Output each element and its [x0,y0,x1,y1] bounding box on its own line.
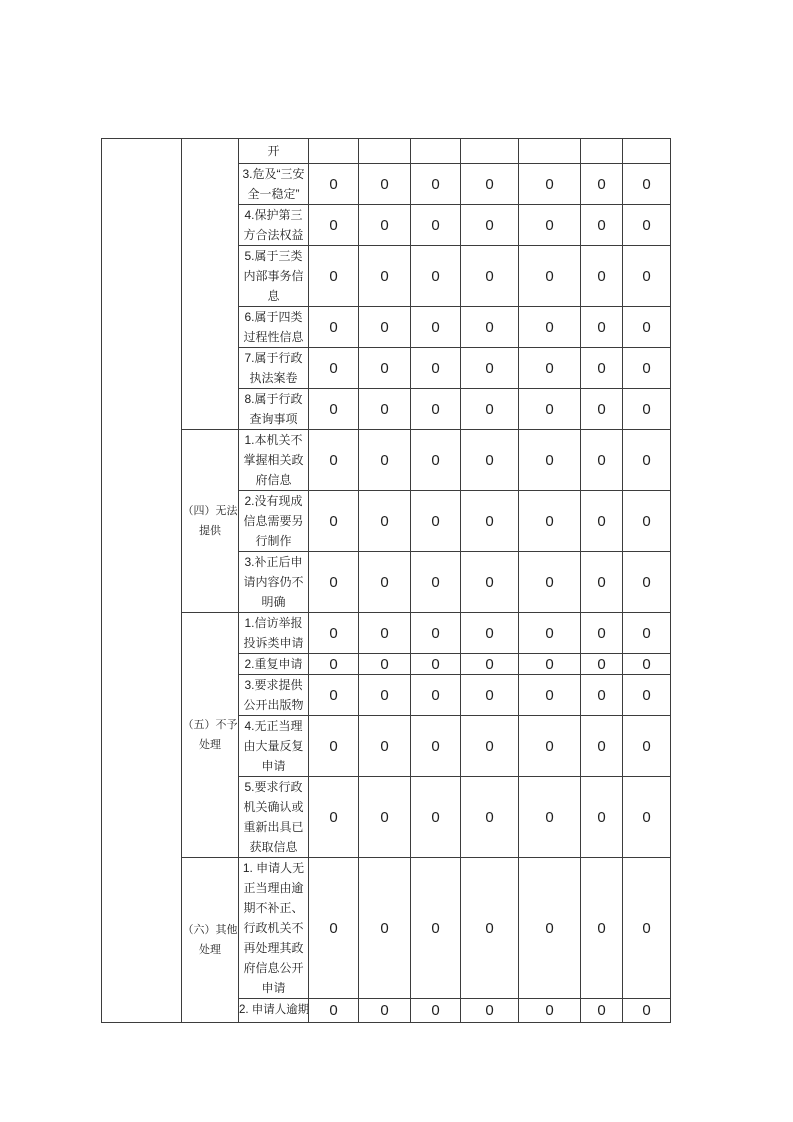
row-label-cell: 3.要求提供公开出版物 [239,675,309,716]
value-cell: 0 [623,999,671,1023]
value-cell: 0 [359,552,411,613]
value-cell: 0 [411,716,461,777]
value-cell [461,139,519,164]
value-cell: 0 [309,777,359,858]
row-label-cell: 4.保护第三方合法权益 [239,205,309,246]
value-cell: 0 [519,858,581,999]
table-row: 开 [102,139,671,164]
value-cell: 0 [359,205,411,246]
value-cell: 0 [359,777,411,858]
value-cell: 0 [623,654,671,675]
row-label-cell: 4.无正当理由大量反复申请 [239,716,309,777]
value-cell: 0 [359,999,411,1023]
value-cell: 0 [359,654,411,675]
value-cell: 0 [411,552,461,613]
category-cell: （四）无法提供 [182,430,239,613]
table-row: （六）其他处理1. 申请人无正当理由逾期不补正、行政机关不再处理其政府信息公开申… [102,858,671,999]
value-cell: 0 [519,613,581,654]
value-cell: 0 [519,430,581,491]
value-cell: 0 [309,430,359,491]
value-cell: 0 [359,858,411,999]
value-cell [581,139,623,164]
document-page: 开3.危及“三安全一稳定”00000004.保护第三方合法权益00000005.… [0,0,793,1122]
row-label-cell: 5.要求行政机关确认或重新出具已获取信息 [239,777,309,858]
value-cell: 0 [581,654,623,675]
value-cell: 0 [309,389,359,430]
value-cell: 0 [411,164,461,205]
value-cell: 0 [623,430,671,491]
value-cell: 0 [359,348,411,389]
category-cell: （五）不予处理 [182,613,239,858]
row-label-cell: 6.属于四类过程性信息 [239,307,309,348]
value-cell: 0 [309,675,359,716]
value-cell: 0 [519,491,581,552]
value-cell: 0 [461,491,519,552]
value-cell [519,139,581,164]
value-cell: 0 [519,164,581,205]
value-cell: 0 [411,858,461,999]
value-cell: 0 [623,389,671,430]
value-cell: 0 [359,675,411,716]
value-cell: 0 [309,858,359,999]
value-cell: 0 [519,307,581,348]
value-cell: 0 [623,246,671,307]
value-cell: 0 [461,389,519,430]
value-cell: 0 [581,613,623,654]
value-cell: 0 [461,999,519,1023]
value-cell: 0 [581,205,623,246]
value-cell: 0 [623,858,671,999]
value-cell: 0 [623,552,671,613]
value-cell: 0 [519,999,581,1023]
value-cell: 0 [309,246,359,307]
value-cell [359,139,411,164]
value-cell: 0 [519,675,581,716]
value-cell: 0 [411,675,461,716]
value-cell: 0 [461,348,519,389]
value-cell [309,139,359,164]
value-cell: 0 [309,613,359,654]
value-cell: 0 [411,246,461,307]
value-cell: 0 [411,654,461,675]
value-cell: 0 [623,348,671,389]
value-cell: 0 [519,654,581,675]
table-row: （四）无法提供1.本机关不掌握相关政府信息0000000 [102,430,671,491]
value-cell: 0 [461,164,519,205]
value-cell: 0 [623,307,671,348]
value-cell: 0 [411,491,461,552]
value-cell: 0 [461,675,519,716]
table-row: （五）不予处理1.信访举报投诉类申请0000000 [102,613,671,654]
value-cell: 0 [309,654,359,675]
value-cell: 0 [411,307,461,348]
value-cell: 0 [359,613,411,654]
row-label-cell: 8.属于行政查询事项 [239,389,309,430]
category-cell: （六）其他处理 [182,858,239,1023]
row-label-cell: 1. 申请人无正当理由逾期不补正、行政机关不再处理其政府信息公开申请 [239,858,309,999]
value-cell: 0 [623,716,671,777]
left-span-cell [102,139,182,1023]
row-label-cell: 3.危及“三安全一稳定” [239,164,309,205]
value-cell: 0 [309,491,359,552]
value-cell: 0 [519,205,581,246]
value-cell: 0 [411,777,461,858]
value-cell: 0 [359,491,411,552]
value-cell: 0 [581,164,623,205]
row-label-cell: 2.重复申请 [239,654,309,675]
value-cell [623,139,671,164]
value-cell: 0 [581,430,623,491]
value-cell: 0 [359,716,411,777]
value-cell: 0 [581,777,623,858]
value-cell: 0 [581,716,623,777]
value-cell: 0 [461,654,519,675]
row-label-cell: 2.没有现成信息需要另行制作 [239,491,309,552]
value-cell: 0 [411,389,461,430]
disclosure-results-table: 开3.危及“三安全一稳定”00000004.保护第三方合法权益00000005.… [101,138,671,1023]
value-cell: 0 [359,389,411,430]
value-cell: 0 [461,430,519,491]
value-cell: 0 [519,389,581,430]
value-cell: 0 [623,205,671,246]
value-cell: 0 [623,613,671,654]
value-cell: 0 [461,858,519,999]
value-cell: 0 [461,246,519,307]
value-cell [411,139,461,164]
value-cell: 0 [581,675,623,716]
value-cell: 0 [581,491,623,552]
value-cell: 0 [309,348,359,389]
value-cell: 0 [359,430,411,491]
value-cell: 0 [581,552,623,613]
value-cell: 0 [623,675,671,716]
value-cell: 0 [461,205,519,246]
value-cell: 0 [519,246,581,307]
row-label-cell: 7.属于行政执法案卷 [239,348,309,389]
value-cell: 0 [581,307,623,348]
value-cell: 0 [309,716,359,777]
row-label-cell: 5.属于三类内部事务信息 [239,246,309,307]
value-cell: 0 [461,777,519,858]
value-cell: 0 [461,307,519,348]
value-cell: 0 [309,205,359,246]
value-cell: 0 [411,999,461,1023]
value-cell: 0 [309,999,359,1023]
value-cell: 0 [519,716,581,777]
value-cell: 0 [411,430,461,491]
value-cell: 0 [581,348,623,389]
value-cell: 0 [359,246,411,307]
value-cell: 0 [581,246,623,307]
value-cell: 0 [309,552,359,613]
row-label-cell: 开 [239,139,309,164]
value-cell: 0 [411,205,461,246]
value-cell: 0 [581,389,623,430]
row-label-cell: 3.补正后申请内容仍不明确 [239,552,309,613]
value-cell: 0 [411,348,461,389]
value-cell: 0 [309,307,359,348]
value-cell: 0 [359,307,411,348]
value-cell: 0 [461,716,519,777]
value-cell: 0 [623,164,671,205]
table-body: 开3.危及“三安全一稳定”00000004.保护第三方合法权益00000005.… [102,139,671,1023]
value-cell: 0 [461,552,519,613]
row-label-cell: 1.信访举报投诉类申请 [239,613,309,654]
value-cell: 0 [581,858,623,999]
category-cell [182,139,239,430]
value-cell: 0 [623,777,671,858]
value-cell: 0 [581,999,623,1023]
value-cell: 0 [623,491,671,552]
row-label-cell: 1.本机关不掌握相关政府信息 [239,430,309,491]
value-cell: 0 [519,777,581,858]
value-cell: 0 [359,164,411,205]
row-label-cell: 2. 申请人逾期 [239,999,309,1023]
value-cell: 0 [519,348,581,389]
value-cell: 0 [519,552,581,613]
value-cell: 0 [309,164,359,205]
value-cell: 0 [411,613,461,654]
value-cell: 0 [461,613,519,654]
